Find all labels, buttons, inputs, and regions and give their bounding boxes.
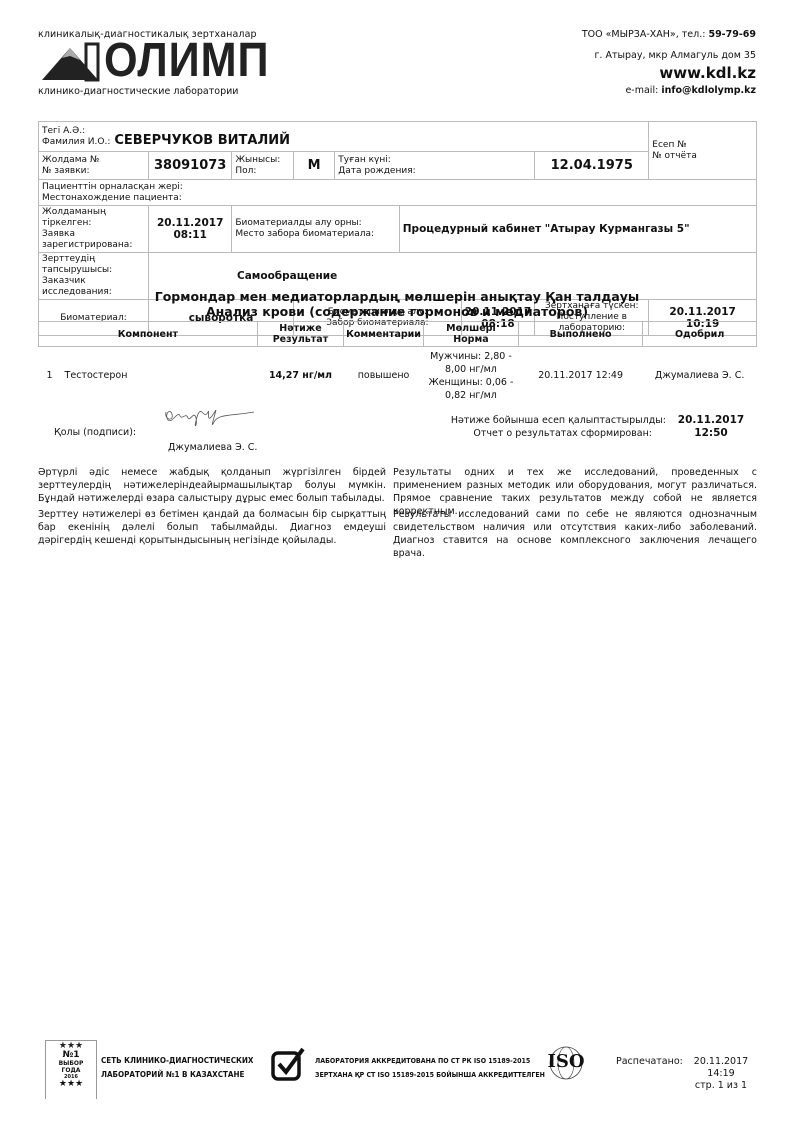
company-address: г. Атырау, мкр Алмагуль дом 35 <box>594 50 756 61</box>
printed-info: 20.11.2017 14:19 стр. 1 из 1 <box>686 1056 756 1092</box>
col-approved: Одобрил <box>643 322 757 347</box>
page-number: стр. 1 из 1 <box>686 1080 756 1092</box>
row-approved: Джумалиева Э. С. <box>643 347 757 405</box>
checkmark-accreditation-icon <box>270 1046 306 1082</box>
results-table: Компонент НәтижеРезультат Комментарии Мө… <box>38 321 757 405</box>
disclaimer-ru-2: Результаты исследований сами по себе не … <box>393 508 757 560</box>
dob-label: Туған күні:Дата рождения: <box>335 152 535 180</box>
logo-wordmark: ОЛИМП <box>104 38 269 84</box>
patient-location: Пациенттін орналасқан жері:Местонахожден… <box>39 180 757 206</box>
registered-label: Жолдаманың тіркелген:Заявка зарегистриро… <box>39 206 149 253</box>
analysis-title-kz: Гормондар мен медиаторлардың мөлшерін ан… <box>0 289 794 304</box>
patient-name-cell: Тегі А.Ә.: Фамилия И.О.: СЕВЕРЧУКОВ ВИТА… <box>39 122 649 152</box>
email-link[interactable]: info@kdlolymp.kz <box>661 85 756 96</box>
iso-logo-icon: ISO <box>544 1046 588 1080</box>
table-row: 1Тестостерон 14,27 нг/мл повышено Мужчин… <box>39 347 757 405</box>
col-result: НәтижеРезультат <box>257 322 343 347</box>
row-comment: повышено <box>344 347 424 405</box>
signature-image <box>160 400 260 436</box>
sample-place: Процедурный кабинет "Атырау Курмангазы 5… <box>399 206 756 253</box>
col-performed: Выполнено <box>518 322 642 347</box>
sample-place-label: Биоматериалды алу орны:Место забора биом… <box>232 206 399 253</box>
printed-label: Распечатано: <box>616 1056 683 1067</box>
sex-label: Жынысы:Пол: <box>232 152 294 180</box>
dob-value: 12.04.1975 <box>535 152 649 180</box>
website-link[interactable]: www.kdl.kz <box>659 64 756 82</box>
patient-name: СЕВЕРЧУКОВ ВИТАЛИЙ <box>114 133 290 148</box>
logo-tagline-ru: клинико-диагностические лаборатории <box>38 86 238 97</box>
disclaimer-kz-1: Әртүрлі әдіс немесе жабдық қолданып жүрг… <box>38 466 386 505</box>
sex-value: М <box>294 152 335 180</box>
col-comments: Комментарии <box>344 322 424 347</box>
mountain-logo-icon <box>40 42 100 82</box>
phone: 59-79-69 <box>708 29 756 40</box>
row-norm: Мужчины: 2,80 -8,00 нг/мл Женщины: 0,06 … <box>423 347 518 405</box>
row-result: 14,27 нг/мл <box>257 347 343 405</box>
order-number: 38091073 <box>149 152 232 180</box>
accreditation-text: ЛАБОРАТОРИЯ АККРЕДИТОВАНА ПО СТ РК ISO 1… <box>315 1054 545 1082</box>
order-label: Жолдама №№ заявки: <box>39 152 149 180</box>
row-performed: 20.11.2017 12:49 <box>518 347 642 405</box>
registered-datetime: 20.11.201708:11 <box>149 206 232 253</box>
network-text: СЕТЬ КЛИНИКО-ДИАГНОСТИЧЕСКИХЛАБОРАТОРИЙ … <box>101 1054 253 1082</box>
signature-label: Қолы (подписи): <box>54 427 136 438</box>
disclaimer-kz-2: Зерттеу нәтижелері өз бетімен қандай да … <box>38 508 386 547</box>
email-line: e-mail: info@kdlolymp.kz <box>625 85 756 96</box>
report-formed-datetime: 20.11.201712:50 <box>676 414 746 440</box>
report-number-cell: Есеп № № отчёта <box>649 122 757 180</box>
report-formed-label: Нәтиже бойынша есеп қалыптастырылды: Отч… <box>420 414 666 440</box>
award-badge: ★★★ №1 ВЫБОР ГОДА 2016 ★★★ <box>45 1040 97 1099</box>
signature-name: Джумалиева Э. С. <box>168 442 257 453</box>
row-component: 1Тестостерон <box>39 347 258 405</box>
company-phone-line: ТОО «МЫРЗА-ХАН», тел.: 59-79-69 <box>582 29 756 40</box>
col-component: Компонент <box>39 322 258 347</box>
analysis-title-ru: Анализ крови (содержание гормонов и меди… <box>0 304 794 319</box>
col-norm: МөлшеріНорма <box>423 322 518 347</box>
